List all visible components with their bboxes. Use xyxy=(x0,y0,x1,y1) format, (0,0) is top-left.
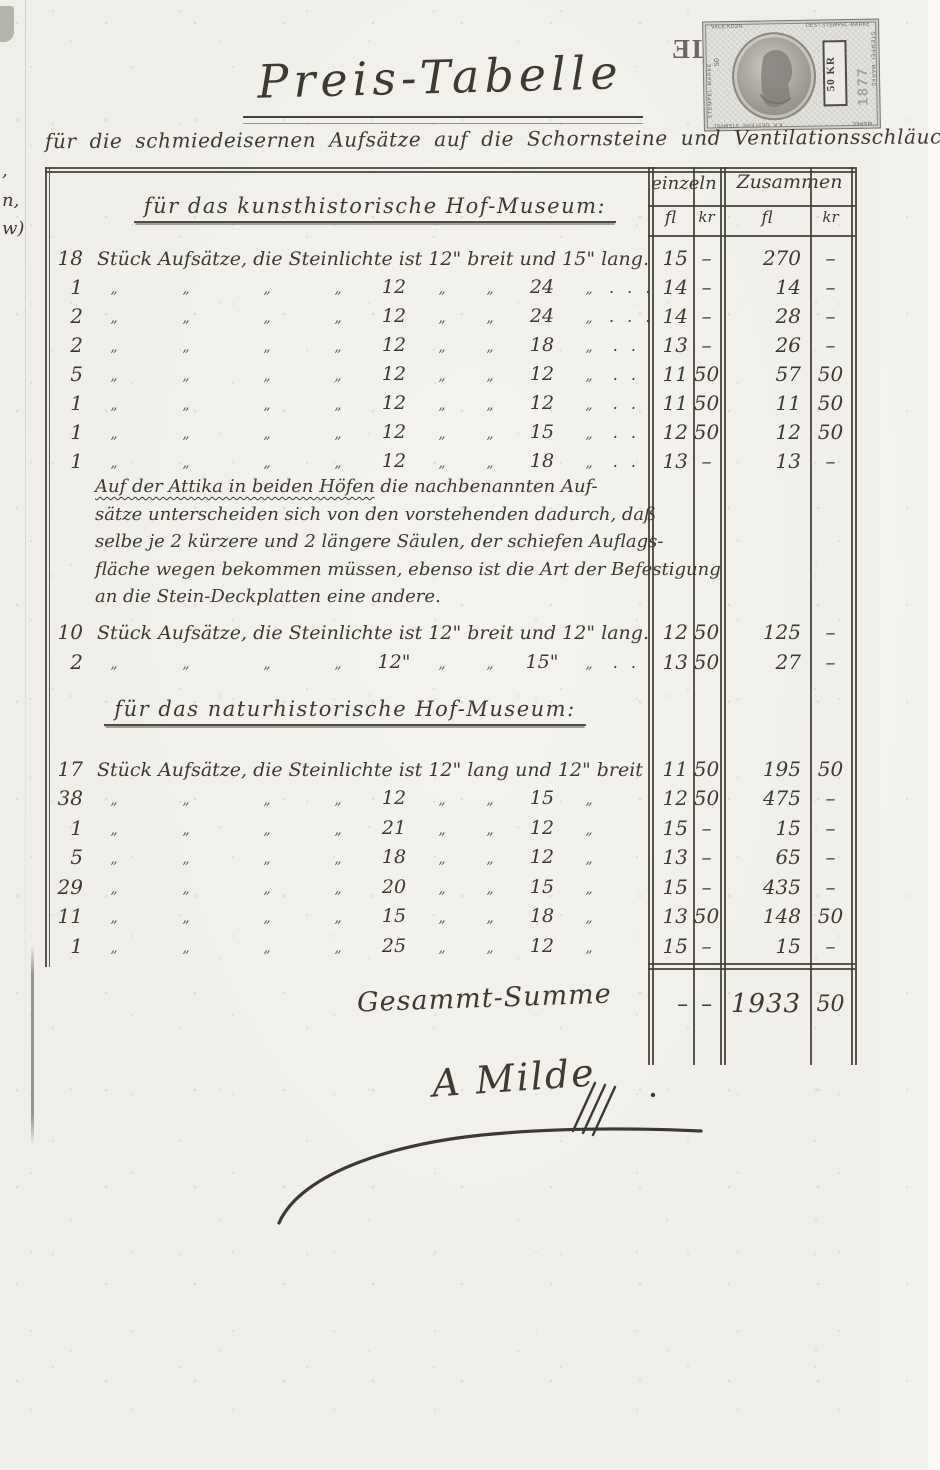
row-cell: „ xyxy=(83,302,145,333)
price-zusammen-kr: – xyxy=(810,244,851,273)
price-zusammen-kr: – xyxy=(810,873,851,902)
row-cell: „ xyxy=(419,648,465,679)
price-einzeln-kr: – xyxy=(693,244,720,273)
row-cell: „ xyxy=(83,389,145,420)
row-cell: „ xyxy=(145,360,227,391)
table-row: 17 Stück Aufsätze, die Steinlichte ist 1… xyxy=(45,755,857,784)
item-text: Stück Aufsätze, die Steinlichte ist 12" … xyxy=(97,619,643,648)
row-cell: . . xyxy=(609,360,648,391)
row-cell: „ xyxy=(227,418,307,449)
price-einzeln-fl: 12 xyxy=(648,784,693,813)
price-zusammen-kr: 50 xyxy=(810,755,851,784)
price-einzeln-fl: 12 xyxy=(648,418,693,447)
price-zusammen-kr: 50 xyxy=(810,389,851,418)
row-cell: „ xyxy=(227,273,307,304)
stamp-top-inscription: VALE KOZN OEST.STEMPEL-MARKE xyxy=(711,22,870,31)
row-cell: 5 xyxy=(45,360,83,391)
row-cell: „ xyxy=(569,814,609,845)
row-cell: „ xyxy=(419,418,465,449)
row-cell: „ xyxy=(465,843,515,874)
table-row: 1„„„„12„„15„. . 12 50 12 50 xyxy=(45,418,857,447)
row-cell: „ xyxy=(227,784,307,815)
price-zusammen-kr: – xyxy=(810,784,851,813)
row-cell: „ xyxy=(569,843,609,874)
row-cell: 12 xyxy=(369,331,419,362)
row-cell: 15 xyxy=(515,418,569,449)
price-zusammen-fl: 14 xyxy=(720,273,810,302)
row-description: 2„„„„12"„„15"„. . xyxy=(45,648,648,677)
row-description: 5„„„„18„„12„ xyxy=(45,843,648,872)
margin-fragment: , xyxy=(2,160,8,181)
row-cell: „ xyxy=(569,932,609,963)
row-cell: 18 xyxy=(369,843,419,874)
row-cell: „ xyxy=(145,784,227,815)
price-einzeln-fl: 15 xyxy=(648,873,693,902)
row-cell: „ xyxy=(227,648,307,679)
section-heading-text: für das naturhistorische Hof-Museum: xyxy=(104,697,585,726)
row-cell: „ xyxy=(569,360,609,391)
scan-right-edge xyxy=(928,0,940,1470)
row-cell: 12 xyxy=(515,814,569,845)
table-row: 2„„„„12„„18„. . 13 – 26 – xyxy=(45,331,857,360)
row-cell: „ xyxy=(307,418,369,449)
row-cell: „ xyxy=(307,648,369,679)
note-line-rest: die nachbenannten Auf- xyxy=(375,476,598,497)
attika-note: Auf der Attika in beiden Höfen die nachb… xyxy=(95,473,670,611)
price-einzeln-kr: 50 xyxy=(693,784,720,813)
header-einzeln-kr: kr xyxy=(693,208,720,226)
row-description: 38„„„„12„„15„ xyxy=(45,784,648,813)
price-zusammen-kr: 50 xyxy=(810,360,851,389)
row-cell: 12 xyxy=(515,389,569,420)
price-einzeln-fl: 13 xyxy=(648,843,693,872)
row-cell: „ xyxy=(307,873,369,904)
table-row: 1„„„„12„„24„. . . 14 – 14 – xyxy=(45,273,857,302)
row-cell xyxy=(609,784,648,815)
row-cell: . . xyxy=(609,331,648,362)
total-zusammen-fl: 1933 xyxy=(720,982,810,1027)
price-zusammen-fl: 475 xyxy=(720,784,810,813)
header-zusammen: Zusammen xyxy=(724,171,855,193)
table-row: 5„„„„12„„12„. . 11 50 57 50 xyxy=(45,360,857,389)
signature-flourish xyxy=(265,1055,715,1245)
row-cell: 18 xyxy=(515,331,569,362)
row-cell: „ xyxy=(419,389,465,420)
row-description: 5„„„„12„„12„. . xyxy=(45,360,648,389)
row-cell: „ xyxy=(227,814,307,845)
table-row: 1„„„„25„„12„ 15 – 15 – xyxy=(45,932,857,961)
row-cell: 12 xyxy=(369,360,419,391)
row-cell: 12" xyxy=(369,648,419,679)
price-zusammen-fl: 15 xyxy=(720,932,810,961)
table-row: 2„„„„12„„24„. . . 14 – 28 – xyxy=(45,302,857,331)
price-zusammen-fl: 11 xyxy=(720,389,810,418)
row-cell: „ xyxy=(307,902,369,933)
row-cell: 1 xyxy=(45,273,83,304)
row-cell: 24 xyxy=(515,273,569,304)
header-zusammen-fl: fl xyxy=(724,208,810,228)
price-zusammen-kr: 50 xyxy=(810,418,851,447)
price-einzeln-kr: – xyxy=(693,843,720,872)
row-cell: „ xyxy=(465,648,515,679)
row-cell: „ xyxy=(419,273,465,304)
page-subtitle: für die schmiedeisernen Aufsätze auf die… xyxy=(45,125,877,153)
price-einzeln-kr: – xyxy=(693,932,720,961)
price-zusammen-fl: 435 xyxy=(720,873,810,902)
row-cell: „ xyxy=(569,331,609,362)
row-cell: „ xyxy=(145,273,227,304)
price-zusammen-kr: – xyxy=(810,447,851,476)
total-rule-upper xyxy=(648,963,855,965)
row-cell: „ xyxy=(145,389,227,420)
quantity: 17 xyxy=(45,755,83,784)
row-cell: 12 xyxy=(515,360,569,391)
note-line: selbe je 2 kürzere und 2 längere Säulen,… xyxy=(95,528,670,556)
paper-fold-line xyxy=(25,0,26,1050)
price-einzeln-fl: 13 xyxy=(648,902,693,931)
price-einzeln-fl: 13 xyxy=(648,447,693,476)
price-einzeln-fl: 11 xyxy=(648,389,693,418)
row-cell: 29 xyxy=(45,873,83,904)
price-zusammen-fl: 26 xyxy=(720,331,810,360)
row-cell: 1 xyxy=(45,814,83,845)
row-cell: 15 xyxy=(369,902,419,933)
price-einzeln-kr: 50 xyxy=(693,648,720,677)
price-zusammen-fl: 148 xyxy=(720,902,810,931)
row-cell: 2 xyxy=(45,331,83,362)
row-cell: 12 xyxy=(369,302,419,333)
item-text: Stück Aufsätze, die Steinlichte ist 12" … xyxy=(97,245,643,274)
price-einzeln-fl: 15 xyxy=(648,814,693,843)
row-cell: „ xyxy=(145,418,227,449)
row-cell: „ xyxy=(465,814,515,845)
section-heading-text: für das kunsthistorische Hof-Museum: xyxy=(134,194,616,223)
price-zusammen-kr: – xyxy=(810,302,851,331)
scan-corner-smudge xyxy=(0,6,14,42)
row-cell: „ xyxy=(145,331,227,362)
row-cell: 12 xyxy=(369,273,419,304)
row-cell: „ xyxy=(569,418,609,449)
row-description: 2„„„„12„„24„. . . xyxy=(45,302,648,331)
section-heading-naturhistorisches-museum: für das naturhistorische Hof-Museum: xyxy=(100,697,590,726)
price-einzeln-kr: – xyxy=(693,814,720,843)
row-cell: „ xyxy=(419,784,465,815)
row-cell: 12 xyxy=(515,932,569,963)
row-cell: „ xyxy=(569,273,609,304)
row-cell: „ xyxy=(419,932,465,963)
row-cell: „ xyxy=(419,814,465,845)
note-line: Auf der Attika in beiden Höfen die nachb… xyxy=(95,473,670,501)
price-zusammen-kr: 50 xyxy=(810,902,851,931)
header-zusammen-kr: kr xyxy=(810,208,851,226)
price-zusammen-fl: 12 xyxy=(720,418,810,447)
note-line: sätze unterscheiden sich von den vorsteh… xyxy=(95,501,670,529)
row-description: 1„„„„12„„12„. . xyxy=(45,389,648,418)
revenue-stamp: VALE KOZN OEST.STEMPEL-MARKE STEMPEL-MAR… xyxy=(702,18,881,131)
table-row: 2„„„„12"„„15"„. . 13 50 27 – xyxy=(45,648,857,677)
table-row: 1„„„„12„„12„. . 11 50 11 50 xyxy=(45,389,857,418)
header-divider-1 xyxy=(648,205,855,207)
row-cell: 24 xyxy=(515,302,569,333)
row-cell: „ xyxy=(307,360,369,391)
price-einzeln-fl: 12 xyxy=(648,618,693,647)
scanned-document-page: , n, w) ƎLIT VALE KOZN OEST.STEMPEL-MARK… xyxy=(0,0,940,1470)
row-cell: „ xyxy=(569,389,609,420)
row-cell: „ xyxy=(83,902,145,933)
row-cell: „ xyxy=(307,932,369,963)
row-cell: „ xyxy=(307,389,369,420)
price-zusammen-fl: 15 xyxy=(720,814,810,843)
quantity: 18 xyxy=(45,244,83,273)
row-description: 1„„„„21„„12„ xyxy=(45,814,648,843)
row-cell: „ xyxy=(145,932,227,963)
row-cell: „ xyxy=(465,331,515,362)
row-cell: „ xyxy=(307,331,369,362)
row-cell: „ xyxy=(419,873,465,904)
price-zusammen-fl: 270 xyxy=(720,244,810,273)
row-cell: 20 xyxy=(369,873,419,904)
table-row: 29„„„„20„„15„ 15 – 435 – xyxy=(45,873,857,902)
row-cell: „ xyxy=(227,360,307,391)
row-cell: 15" xyxy=(515,648,569,679)
row-cell: „ xyxy=(145,902,227,933)
stamp-year: 1877 xyxy=(853,38,870,106)
quantity: 10 xyxy=(45,618,83,647)
row-cell xyxy=(609,814,648,845)
total-rule-lower xyxy=(648,968,855,970)
price-zusammen-kr: – xyxy=(810,932,851,961)
row-cell: 15 xyxy=(515,873,569,904)
row-cell: 1 xyxy=(45,418,83,449)
row-cell: 15 xyxy=(515,784,569,815)
price-einzeln-fl: 15 xyxy=(648,932,693,961)
row-cell: „ xyxy=(227,873,307,904)
price-einzeln-fl: 14 xyxy=(648,273,693,302)
row-cell: „ xyxy=(569,302,609,333)
row-cell: „ xyxy=(307,302,369,333)
row-cell: 18 xyxy=(515,902,569,933)
price-zusammen-fl: 57 xyxy=(720,360,810,389)
price-zusammen-fl: 125 xyxy=(720,618,810,647)
row-cell: „ xyxy=(83,273,145,304)
price-zusammen-fl: 28 xyxy=(720,302,810,331)
row-cell xyxy=(609,902,648,933)
row-description: 2„„„„12„„18„. . xyxy=(45,331,648,360)
row-description: 10 Stück Aufsätze, die Steinlichte ist 1… xyxy=(45,618,648,647)
price-zusammen-kr: – xyxy=(810,273,851,302)
row-cell: 12 xyxy=(369,784,419,815)
price-einzeln-kr: – xyxy=(693,873,720,902)
row-description: 11„„„„15„„18„ xyxy=(45,902,648,931)
total-zusammen-kr: 50 xyxy=(810,982,851,1027)
row-cell: „ xyxy=(83,873,145,904)
header-einzeln: einzeln xyxy=(648,173,720,194)
row-cell: „ xyxy=(145,843,227,874)
row-cell: „ xyxy=(307,843,369,874)
row-cell: „ xyxy=(419,360,465,391)
row-description: 1„„„„12„„18„. . xyxy=(45,447,648,476)
row-cell: „ xyxy=(465,873,515,904)
page-title: Preis-Tabelle xyxy=(229,45,650,110)
price-einzeln-kr: 50 xyxy=(693,360,720,389)
row-cell: „ xyxy=(465,302,515,333)
row-cell: „ xyxy=(145,814,227,845)
stamp-left-denomination: 50 xyxy=(714,58,721,66)
margin-fragment: n, xyxy=(2,190,19,211)
row-cell: „ xyxy=(83,814,145,845)
row-cell xyxy=(609,843,648,874)
price-einzeln-kr: – xyxy=(693,302,720,331)
header-divider-2 xyxy=(648,235,855,237)
row-description: 1„„„„12„„15„. . xyxy=(45,418,648,447)
price-einzeln-kr: 50 xyxy=(693,418,720,447)
row-cell: „ xyxy=(465,418,515,449)
row-cell: 12 xyxy=(369,418,419,449)
price-einzeln-kr: 50 xyxy=(693,902,720,931)
price-einzeln-fl: 11 xyxy=(648,755,693,784)
row-cell: „ xyxy=(83,932,145,963)
price-einzeln-fl: 13 xyxy=(648,331,693,360)
row-cell: „ xyxy=(227,302,307,333)
table-row: 1„„„„12„„18„. . 13 – 13 – xyxy=(45,447,857,476)
row-cell: „ xyxy=(83,784,145,815)
row-cell: 1 xyxy=(45,389,83,420)
row-cell: . . xyxy=(609,648,648,679)
row-description: 29„„„„20„„15„ xyxy=(45,873,648,902)
price-zusammen-kr: – xyxy=(810,331,851,360)
price-einzeln-fl: 11 xyxy=(648,360,693,389)
note-line: fläche wegen bekommen müssen, ebenso ist… xyxy=(95,556,670,584)
row-description: 18 Stück Aufsätze, die Steinlichte ist 1… xyxy=(45,244,648,273)
row-cell: „ xyxy=(465,932,515,963)
price-zusammen-kr: – xyxy=(810,618,851,647)
price-zusammen-kr: – xyxy=(810,648,851,677)
price-zusammen-fl: 65 xyxy=(720,843,810,872)
row-cell: 38 xyxy=(45,784,83,815)
total-einzeln-fl: – xyxy=(648,982,693,1027)
price-einzeln-fl: 14 xyxy=(648,302,693,331)
price-zusammen-fl: 195 xyxy=(720,755,810,784)
table-row: 1„„„„21„„12„ 15 – 15 – xyxy=(45,814,857,843)
row-cell: „ xyxy=(227,932,307,963)
row-cell: „ xyxy=(569,873,609,904)
row-cell xyxy=(609,873,648,904)
row-cell: 1 xyxy=(45,932,83,963)
total-label: Gesammt-Summe xyxy=(356,972,612,1026)
row-description: 1„„„„25„„12„ xyxy=(45,932,648,961)
row-cell: 25 xyxy=(369,932,419,963)
price-einzeln-kr: – xyxy=(693,331,720,360)
row-cell: . . xyxy=(609,389,648,420)
item-text: Stück Aufsätze, die Steinlichte ist 12" … xyxy=(97,756,643,785)
scan-edge-line xyxy=(31,945,34,1145)
row-cell: „ xyxy=(145,648,227,679)
emperor-portrait-oval xyxy=(731,32,817,121)
row-cell: „ xyxy=(145,302,227,333)
price-zusammen-fl: 13 xyxy=(720,447,810,476)
row-cell xyxy=(609,932,648,963)
table-row: 5„„„„18„„12„ 13 – 65 – xyxy=(45,843,857,872)
row-cell: „ xyxy=(83,648,145,679)
row-cell: „ xyxy=(307,784,369,815)
row-cell: „ xyxy=(419,843,465,874)
price-einzeln-kr: 50 xyxy=(693,755,720,784)
table-row: 38„„„„12„„15„ 12 50 475 – xyxy=(45,784,857,813)
row-cell: „ xyxy=(569,784,609,815)
row-cell: „ xyxy=(145,873,227,904)
row-cell: 12 xyxy=(515,843,569,874)
price-einzeln-kr: – xyxy=(693,447,720,476)
price-einzeln-fl: 13 xyxy=(648,648,693,677)
row-cell: „ xyxy=(227,331,307,362)
row-cell: „ xyxy=(83,360,145,391)
price-zusammen-kr: – xyxy=(810,843,851,872)
row-cell: „ xyxy=(419,331,465,362)
total-einzeln-kr: – xyxy=(693,982,720,1027)
scan-right-light-area xyxy=(880,0,928,1470)
row-cell: „ xyxy=(465,902,515,933)
total-row: Gesammt-Summe – – 1933 50 xyxy=(45,982,857,1027)
margin-fragment: w) xyxy=(2,218,24,239)
section-heading-kunsthistorisches-museum: für das kunsthistorische Hof-Museum: xyxy=(105,194,645,223)
emperor-profile-silhouette xyxy=(733,34,814,119)
row-cell: 21 xyxy=(369,814,419,845)
row-cell: „ xyxy=(83,331,145,362)
row-cell: „ xyxy=(83,843,145,874)
row-cell: „ xyxy=(465,360,515,391)
price-einzeln-fl: 15 xyxy=(648,244,693,273)
price-einzeln-kr: – xyxy=(693,273,720,302)
row-cell: . . xyxy=(609,418,648,449)
price-zusammen-kr: – xyxy=(810,814,851,843)
row-cell: 2 xyxy=(45,648,83,679)
row-cell: „ xyxy=(307,273,369,304)
table-row: 18 Stück Aufsätze, die Steinlichte ist 1… xyxy=(45,244,857,273)
row-cell: „ xyxy=(465,389,515,420)
table-border-top-outer xyxy=(45,167,855,169)
row-cell: 2 xyxy=(45,302,83,333)
row-cell: „ xyxy=(569,648,609,679)
row-cell: „ xyxy=(569,902,609,933)
table-row: 10 Stück Aufsätze, die Steinlichte ist 1… xyxy=(45,618,857,647)
row-cell: „ xyxy=(227,843,307,874)
row-cell: 12 xyxy=(369,389,419,420)
stamp-left-inscription: STEMPEL-MARKE xyxy=(706,34,713,118)
row-cell: „ xyxy=(465,784,515,815)
row-cell: „ xyxy=(227,902,307,933)
stamp-denomination-box: 50 KR xyxy=(822,40,847,106)
price-table: einzeln Zusammen fl kr fl kr für das kun… xyxy=(45,167,857,1067)
stamp-top-left-text: VALE KOZN xyxy=(711,24,742,31)
row-cell: „ xyxy=(419,902,465,933)
row-cell: „ xyxy=(465,273,515,304)
row-cell: 5 xyxy=(45,843,83,874)
row-cell: „ xyxy=(419,302,465,333)
price-zusammen-fl: 27 xyxy=(720,648,810,677)
row-description: 1„„„„12„„24„. . . xyxy=(45,273,648,302)
table-row: 11„„„„15„„18„ 13 50 148 50 xyxy=(45,902,857,931)
row-cell: „ xyxy=(227,389,307,420)
row-cell: „ xyxy=(307,814,369,845)
row-cell: 1 xyxy=(45,447,83,478)
price-einzeln-kr: 50 xyxy=(693,618,720,647)
note-line: an die Stein-Deckplatten eine andere. xyxy=(95,583,670,611)
row-cell: 11 xyxy=(45,902,83,933)
row-cell: „ xyxy=(83,418,145,449)
row-description: 17 Stück Aufsätze, die Steinlichte ist 1… xyxy=(45,755,648,784)
note-underlined-phrase: Auf der Attika in beiden Höfen xyxy=(95,476,375,497)
header-einzeln-fl: fl xyxy=(648,208,693,228)
